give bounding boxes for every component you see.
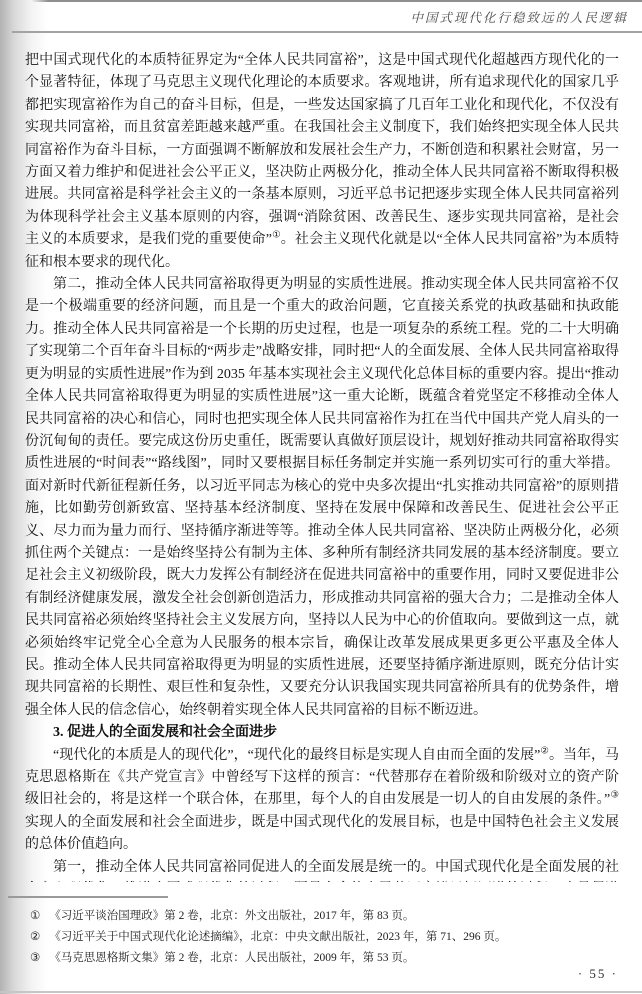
- footnote-2-text: 《习近平关于中国式现代化论述摘编》，北京：中央文献出版社，2023 年，第 71…: [49, 927, 620, 948]
- scan-edge-top: [0, 0, 642, 2]
- header-divider: [12, 31, 642, 33]
- body-text: 把中国式现代化的本质特征界定为“全体人民共同富裕”，这是中国式现代化超越西方现代…: [25, 50, 619, 882]
- footnote-1-text: 《习近平谈治国理政》第 2 卷，北京：外文出版社，2017 年，第 83 页。: [49, 906, 620, 927]
- paragraph-first-point: 第一，推动全体人民共同富裕同促进人的全面发展是统一的。中国式现代化是全面发展的社…: [25, 857, 619, 882]
- footnote-3-text: 《马克思恩格斯文集》第 2 卷，北京：人民出版社，2009 年，第 53 页。: [49, 948, 620, 969]
- footnotes: ① 《习近平谈治国理政》第 2 卷，北京：外文出版社，2017 年，第 83 页…: [30, 906, 620, 969]
- footnote-1: ① 《习近平谈治国理政》第 2 卷，北京：外文出版社，2017 年，第 83 页…: [30, 906, 620, 927]
- paragraph-modernization-essence: “现代化的本质是人的现代化”，“现代化的最终目标是实现人自由而全面的发展”②。当…: [25, 745, 619, 857]
- section-heading: 3. 促进人的全面发展和社会全面进步: [25, 722, 619, 744]
- footnote-2-marker: ②: [30, 927, 40, 948]
- running-header-title: 中国式现代化行稳致远的人民逻辑: [410, 8, 628, 26]
- footnote-3-marker: ③: [30, 948, 40, 969]
- footnote-divider: [8, 896, 168, 898]
- page-number: · 55 ·: [578, 966, 618, 982]
- footnote-2: ② 《习近平关于中国式现代化论述摘编》，北京：中央文献出版社，2023 年，第 …: [30, 927, 620, 948]
- footnote-3: ③ 《马克思恩格斯文集》第 2 卷，北京：人民出版社，2009 年，第 53 页…: [30, 948, 620, 969]
- paragraph-continuation: 把中国式现代化的本质特征界定为“全体人民共同富裕”，这是中国式现代化超越西方现代…: [25, 50, 619, 274]
- paragraph-second-point: 第二，推动全体人民共同富裕取得更为明显的实质性进展。推动实现全体人民共同富裕不仅…: [25, 274, 619, 722]
- footnote-1-marker: ①: [30, 906, 40, 927]
- scan-edge-bottom: [0, 991, 642, 993]
